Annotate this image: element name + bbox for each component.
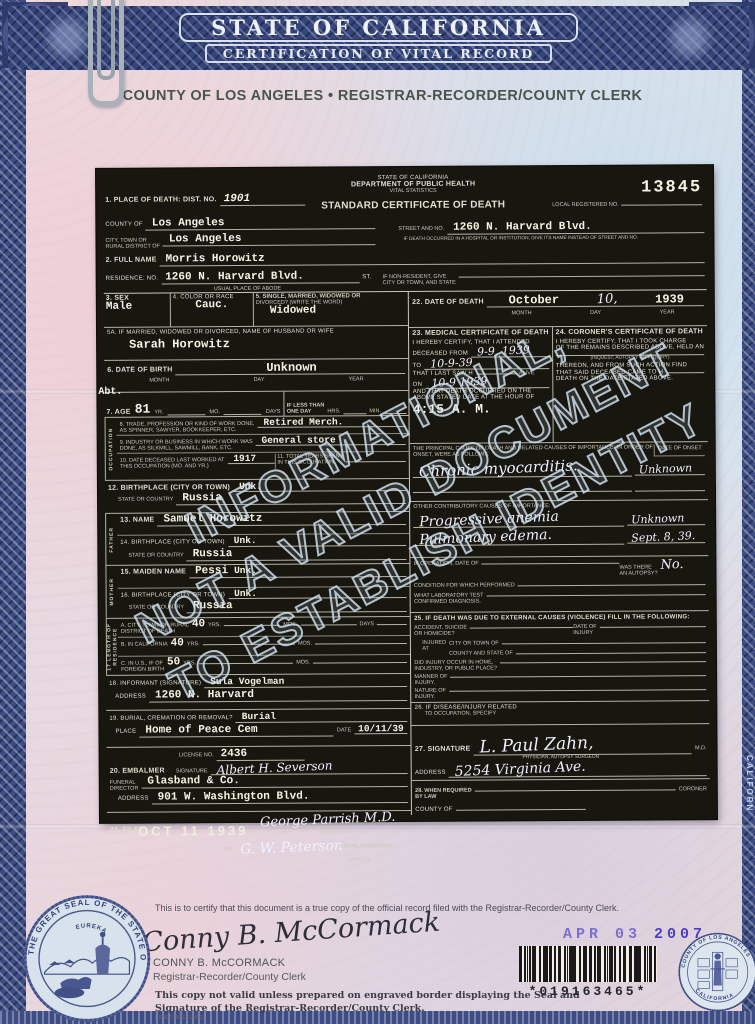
day-sub: DAY [590, 310, 601, 316]
street-value: 1260 N. Harvard Blvd. [453, 222, 592, 234]
father-state-value: Russia [193, 549, 233, 560]
trade-label-2: AS SPINNER, SAWYER, BOOKKEEPER, ETC. [120, 427, 255, 434]
min-unit: MIN. [369, 408, 381, 414]
physician-signature: L. Paul Zahn, [479, 735, 594, 757]
month-sub: MONTH [149, 377, 169, 383]
occupation-disease-label-2: TO OCCUPATION, SPECIFY [425, 709, 707, 717]
st-label: ST. [362, 274, 371, 280]
spouse-label: 5A. IF MARRIED, WIDOWED OR DIVORCED, NAM… [107, 328, 405, 336]
district-number: 1901 [224, 194, 250, 205]
county-of-footer-label: COUNTY OF [415, 807, 453, 813]
county-of-label: COUNTY OF [105, 222, 143, 228]
res-c-label-2: FOREIGN BIRTH [121, 667, 164, 673]
date-of-death-label: 22. DATE OF DEATH [412, 299, 484, 306]
date-of-onset-header: DATE OF ONSET [654, 444, 705, 456]
full-name-label: 2. FULL NAME [106, 257, 157, 264]
res-c-mos: MOS. [296, 660, 310, 666]
day-sub: DAY [254, 377, 265, 383]
coroner-certificate-title: 24. CORONER'S CERTIFICATE OF DEATH [556, 328, 704, 336]
death-day: 10, [596, 292, 617, 306]
res-b-value: 40 [171, 639, 184, 650]
embalmer-label: 20. EMBALMER [110, 768, 165, 775]
year-sub: YEAR [660, 309, 675, 315]
spouse-value: Sarah Horowitz [129, 337, 405, 351]
physician-address: 5254 Virginia Ave. [455, 760, 586, 779]
res-a-days: DAYS [360, 621, 375, 627]
informant-label: 18. INFORMANT (SIGNATURE) [109, 681, 201, 688]
banner-certification-title: CERTIFICATION OF VITAL RECORD [205, 44, 552, 63]
at-label: AT [422, 646, 446, 652]
certificate-number: 13845 [552, 179, 702, 197]
less-than-label-1: IF LESS THAN [287, 402, 325, 408]
deputy-label: DEPUTY [348, 857, 370, 863]
yr-unit: YR. [154, 409, 163, 415]
burial-place-label: PLACE [115, 728, 136, 734]
license-label: LICENSE NO. [179, 752, 214, 758]
operation-label: IF OPERATION, DATE OF [414, 561, 479, 567]
funeral-address-label: ADDRESS [118, 796, 149, 802]
injured-label: INJURED [422, 640, 446, 646]
death-year: 1939 [655, 293, 684, 305]
last-worked-label-2: THIS OCCUPATION (MO. AND YR.) [120, 463, 225, 470]
marital-value: Widowed [270, 305, 406, 317]
mother-birthplace-value: Unk. [234, 589, 257, 599]
res-a-label-2: DISTRICT OF DEATH [121, 629, 189, 635]
res-a-yrs: YRS. [208, 622, 221, 628]
nature-label-2: INJURY. [415, 694, 446, 700]
license-value: 2436 [221, 749, 247, 760]
dob-value: Unknown [266, 361, 316, 373]
autopsy-value: No. [660, 558, 684, 572]
medical-certificate-title: 23. MEDICAL CERTIFICATE OF DEATH [412, 329, 548, 337]
mo-unit: MO. [209, 409, 219, 415]
contributory-label: OTHER CONTRIBUTORY CAUSES OF IMPORTANCE: [413, 502, 705, 510]
contributory-cause-1: Progressive anemia [419, 509, 559, 529]
res-a-mos: MOS. [283, 622, 297, 628]
burial-place-value: Home of Peace Cem [145, 725, 257, 737]
certificate-header: 1. PLACE OF DEATH: DIST. NO. 1901 STATE … [103, 171, 707, 293]
county-value: Los Angeles [152, 218, 225, 229]
birthplace-label: 12. BIRTHPLACE (CITY OR TOWN) [108, 484, 230, 492]
place-of-death-label: 1. PLACE OF DEATH: DIST. NO. [105, 196, 217, 204]
maiden-name-label: 15. MAIDEN NAME [120, 569, 186, 576]
autopsy-label-2: AN AUTOPSY? [619, 571, 657, 577]
full-name-value: Morris Horowitz [166, 254, 265, 266]
father-state-label: STATE OR COUNTRY [128, 552, 183, 558]
maiden-name-value-2: Unk. [234, 566, 257, 576]
age-label: 7. AGE [106, 408, 130, 415]
residence-label: RESIDENCE: NO. [106, 276, 159, 282]
state-country-label: STATE OR COUNTRY [118, 497, 173, 503]
registrar-clerk-name: CONNY B. McCORMACK [153, 957, 285, 969]
barcode-number: *019163465* [512, 984, 664, 999]
occupation-vertical-label: OCCUPATION [105, 418, 117, 480]
father-name-value: Samuel Horowitz [163, 513, 262, 525]
mother-vertical-label: MOTHER [105, 566, 117, 618]
coroner-cert-line: DEATH ON THE DATE STATED ABOVE. [556, 375, 704, 382]
certificate-title: STANDARD CERTIFICATE OF DEATH [308, 199, 518, 211]
edge-california-text: CALIFORN [745, 755, 754, 812]
principal-cause-label-2: ONSET, WERE AS FOLLOWS: [413, 450, 654, 457]
abt-annotation: Abt. [98, 388, 122, 398]
contributory-onset-1: Unknown [631, 512, 685, 525]
county-seal-icon: COUNTY OF LOS ANGELES CALIFORNIA [672, 918, 755, 1024]
registrar-label: REGISTRAR [320, 829, 352, 835]
medical-cert-line: ABOVE STATED DATE AT THE HOUR OF [413, 394, 549, 401]
res-c-value: 50 [167, 658, 180, 669]
days-unit: DAYS [266, 409, 281, 415]
when-required-label-2: BY LAW [415, 794, 472, 800]
res-a-value: 40 [192, 620, 205, 631]
paperclip-icon [97, 0, 115, 80]
hrs-unit: HRS. [327, 408, 340, 414]
banner-state-title: STATE OF CALIFORNIA [179, 13, 578, 42]
nonresident-note-2: CITY OR TOWN, AND STATE [383, 280, 456, 286]
street-and-no-label: STREET AND NO. [398, 226, 444, 232]
local-registrar-label: LOCAL REGISTRAR [340, 843, 393, 849]
father-name-label: 13. NAME [120, 516, 154, 523]
physician-address-label: ADDRESS [415, 770, 446, 776]
hospital-note: IF DEATH OCCURRED IN A HOSPITAL OR INSTI… [403, 235, 704, 242]
embalmer-signature-label: SIGNATURE [176, 768, 208, 774]
contributory-cause-2: Pulmonary edema. [419, 527, 552, 546]
hour-of-death: 4:15 A. M. [413, 402, 549, 416]
burial-date-value: 10/11/39 [358, 724, 404, 734]
mother-state-label: STATE OR COUNTRY [129, 605, 184, 611]
father-birthplace-value: Unk. [234, 536, 257, 546]
medical-data-column: 22. DATE OF DEATH October 10, 1939 MONTH… [409, 290, 710, 815]
condition-label: CONDITION FOR WHICH PERFORMED [414, 582, 515, 589]
death-certificate: 1. PLACE OF DEATH: DIST. NO. 1901 STATE … [96, 165, 717, 823]
res-b-mos: MOS. [298, 641, 312, 647]
month-sub: MONTH [511, 310, 531, 316]
burial-label: 19. BURIAL, CREMATION OR REMOVAL? [109, 715, 232, 722]
res-b-yrs: YRS. [187, 642, 200, 648]
industry-label-2: DONE, AS SILKMILL, SAWMILL, BANK, ETC. [120, 445, 253, 452]
border-left [0, 0, 26, 1024]
physician-signature-label: 27. SIGNATURE [415, 746, 471, 753]
father-vertical-label: FATHER [105, 513, 117, 565]
contributory-onset-2: Sept. 8, 39. [631, 530, 695, 544]
total-years-label-2: IN THIS OCCUPATION [277, 459, 343, 465]
by-label: BY [225, 846, 232, 852]
state-country-value: Russia [182, 493, 222, 504]
year-sub: YEAR [349, 376, 364, 382]
medical-cert-line: TO [413, 363, 422, 369]
agency-line: VITAL STATISTICS [308, 187, 518, 194]
age-value: 81 [135, 402, 151, 415]
registrar-clerk-signature: Conny B. McCormack [141, 907, 441, 959]
registrar-clerk-title: Registrar-Recorder/County Clerk [153, 971, 306, 983]
deputy-signature: G. W. Peterson [240, 839, 343, 857]
accident-label-2: OR HOMICIDE? [414, 630, 467, 636]
medical-cert-line: ON [413, 382, 423, 388]
stamp-month-day: APR 03 [563, 926, 641, 943]
coroner-label: CORONER [679, 786, 707, 792]
burial-date-label: DATE [337, 727, 351, 733]
embalmer-signature: Albert H. Severson [216, 760, 332, 777]
md-label: M.D. [695, 745, 707, 751]
less-than-label-2: ONE DAY [287, 408, 325, 414]
filed-date-stamp: OCT 11 1939 [138, 823, 248, 839]
mother-birthplace-label: 16. BIRTHPLACE (CITY OR TOWN) [121, 592, 226, 599]
city-value: Los Angeles [169, 234, 242, 245]
trade-value: Retired Merch. [264, 417, 344, 427]
attended-from-date: 9-9, 1939 [477, 344, 530, 357]
mother-state-value: Russia [193, 602, 233, 613]
county-headline: COUNTY OF LOS ANGELES • REGISTRAR-RECORD… [40, 88, 725, 104]
funeral-director-label-2: DIRECTOR [110, 786, 139, 792]
scanned-certificate-page: STATE OF CALIFORNIA CERTIFICATION OF VIT… [0, 0, 755, 1024]
injury-county-label: COUNTY AND STATE OF [449, 650, 513, 656]
res-b-label: B. IN CALIFORNIA [121, 642, 168, 648]
attended-to-date: 10-9-39 [430, 357, 473, 370]
industry-value: General store [261, 435, 335, 445]
local-registered-no-label: LOCAL REGISTERED NO. [552, 202, 618, 208]
city-label-2: RURAL DISTRICT OF [105, 244, 159, 250]
race-value: Cauc. [173, 300, 251, 311]
death-month: October [509, 294, 559, 306]
lab-test-label-2: CONFIRMED DIAGNOSIS. [414, 599, 484, 605]
last-worked-value: 1917 [233, 454, 256, 464]
birthplace-value: Unk. [239, 481, 262, 491]
date-of-injury-label-2: INJURY [573, 630, 596, 636]
funeral-address-value: 901 W. Washington Blvd. [158, 792, 310, 804]
inquest-note: (INQUEST, AUTOPSY OR INQUIRY) [556, 355, 704, 361]
state-seal-icon: THE GREAT SEAL OF THE STATE OF EUREKA [16, 893, 158, 1024]
sex-value: Male [106, 301, 168, 312]
last-seen-date: 10-9 1939 [431, 375, 488, 388]
form-microprint: PRNCO (R611 11/06) [155, 1015, 203, 1021]
informant-address-value: 1260 N. Harvard [155, 690, 254, 702]
injury-city-label: CITY OR TOWN OF [449, 640, 499, 646]
border-right [742, 0, 755, 1024]
residence-value: 1260 N. Harvard Blvd. [165, 272, 304, 284]
barcode [519, 946, 657, 982]
funeral-director-value: Glasband & Co. [147, 776, 239, 788]
manner-label-1: MANNER OF [414, 674, 447, 680]
manner-label-2: INJURY. [414, 680, 447, 686]
burial-value: Burial [242, 712, 276, 722]
principal-cause-value: Chronic myocarditis. [419, 458, 578, 480]
maiden-name-value: Pessi [195, 566, 228, 577]
dob-label: 6. DATE OF BIRTH [107, 366, 172, 373]
principal-cause-onset: Unknown [639, 462, 693, 475]
date-of-injury-label-1: DATE OF [573, 624, 596, 630]
res-c-yrs: YRS. [183, 661, 196, 667]
external-causes-title: 25. IF DEATH WAS DUE TO EXTERNAL CAUSES … [414, 613, 706, 622]
length-of-residence-vertical-label: 17 LENGTH OF RESIDENCE [106, 619, 118, 675]
nature-label-1: NATURE OF [414, 688, 445, 694]
father-birthplace-label: 14. BIRTHPLACE (CITY OR TOWN) [120, 539, 225, 546]
personal-data-column: 3. SEX Male 4. COLOR OR RACE Cauc. 5. SI… [104, 292, 413, 817]
informant-value: Sula Vogelman [210, 677, 284, 687]
informant-address-label: ADDRESS [115, 693, 146, 699]
accident-label-1: ACCIDENT, SUICIDE [414, 624, 467, 630]
injury-place-label-2: INDUSTRY, OR PUBLIC PLACE? [414, 665, 497, 672]
